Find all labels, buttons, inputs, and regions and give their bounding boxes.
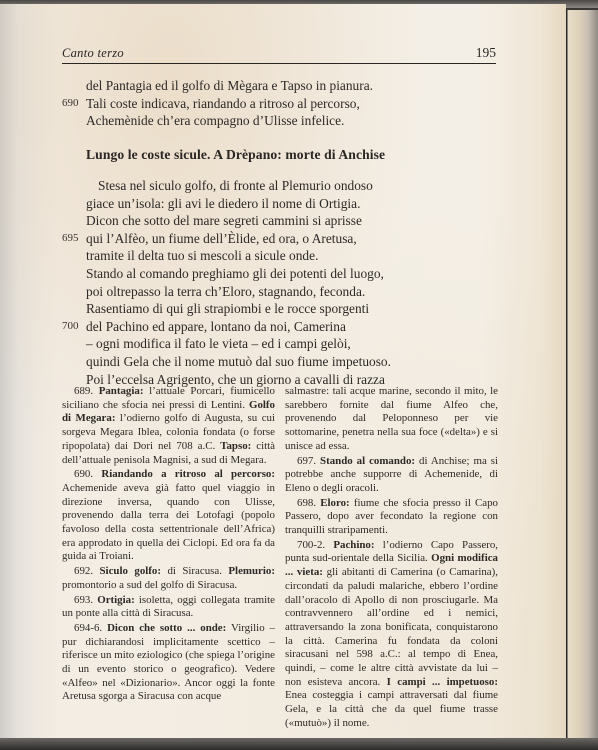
- footnote: 700-2. Pachino: l’odierno Capo Passero, …: [285, 539, 498, 731]
- footnote-lemma: I campi ... impetuoso:: [387, 676, 498, 688]
- scan-bottom-edge: [0, 738, 598, 750]
- verse-text: Stesa nel siculo golfo, di fronte al Ple…: [98, 178, 373, 193]
- verse-text: Achemènide ch’era compagno d’Ulisse infe…: [86, 113, 344, 128]
- footnote-lemma: Riandando a ritroso al percorso:: [101, 468, 275, 480]
- verse-line: 695 qui l’Alfèo, un fiume dell’Èlide, ed…: [62, 230, 502, 248]
- verse-text: del Pachino ed appare, lontano da noi, C…: [86, 319, 346, 334]
- line-number: 695: [62, 230, 79, 248]
- footnote-lemma: Ortigia:: [97, 594, 135, 606]
- footnote-lemma: Pantagia:: [99, 385, 144, 397]
- running-title: Canto terzo: [62, 46, 124, 61]
- page-fore-edge: [566, 10, 598, 738]
- verse-block-main: Stesa nel siculo golfo, di fronte al Ple…: [62, 177, 502, 388]
- verse-text: Tali coste indicava, riandando a ritroso…: [86, 96, 360, 111]
- verse-line: Achemènide ch’era compagno d’Ulisse infe…: [62, 112, 502, 130]
- footnote-text: di Siracusa.: [161, 565, 228, 577]
- footnote-lemma: Tapso:: [220, 440, 251, 452]
- footnote-ref: 692.: [74, 565, 100, 577]
- verse-text: Dicon che sotto del mare segreti cammini…: [86, 213, 362, 228]
- footnote-ref: 689.: [74, 385, 99, 397]
- footnote: 697. Stando al comando: di Anchise; ma s…: [285, 455, 498, 496]
- page-number: 195: [476, 45, 496, 61]
- line-number: 700: [62, 318, 79, 336]
- verse-text: Rasentiamo di qui gli strapiombi e le ro…: [86, 301, 369, 316]
- footnote: 689. Pantagia: l’attuale Porcari, fiumic…: [62, 385, 275, 467]
- verse-line: Stesa nel siculo golfo, di fronte al Ple…: [62, 177, 502, 195]
- verse-text: quindi Gela che il nome mutuò dal suo fi…: [86, 354, 391, 369]
- footnote-ref: 690.: [74, 468, 101, 480]
- verse-line: quindi Gela che il nome mutuò dal suo fi…: [62, 353, 502, 371]
- footnote: 693. Ortigia: isoletta, oggi collegata t…: [62, 594, 275, 621]
- footnote: 692. Siculo golfo: di Siracusa. Plemurio…: [62, 565, 275, 592]
- footnote-lemma: Pachino:: [333, 539, 374, 551]
- footnote-text: promontorio a sud del golfo di Siracusa.: [62, 579, 237, 591]
- verse-text: poi oltrepasso la terra ch’Eloro, stagna…: [86, 284, 365, 299]
- verse-line: 690 Tali coste indicava, riandando a rit…: [62, 95, 502, 113]
- footnote-lemma: Stando al comando:: [320, 455, 415, 467]
- running-head: Canto terzo 195: [62, 46, 496, 64]
- verse-line: – ogni modifica il fato le vieta – ed i …: [62, 335, 502, 353]
- footnote: 698. Eloro: fiume che sfocia presso il C…: [285, 497, 498, 538]
- footnotes-right-column: salmastre: tali acque marine, secondo il…: [285, 385, 498, 731]
- footnote-lemma: Dicon che sotto ... onde:: [107, 622, 226, 634]
- verse-line: Dicon che sotto del mare segreti cammini…: [62, 212, 502, 230]
- verse-text: Stando al comando preghiamo gli dei pote…: [86, 266, 384, 281]
- footnotes: 689. Pantagia: l’attuale Porcari, fiumic…: [62, 385, 498, 731]
- footnotes-left-column: 689. Pantagia: l’attuale Porcari, fiumic…: [62, 385, 275, 731]
- footnote: 690. Riandando a ritroso al percorso: Ac…: [62, 468, 275, 564]
- verse-text: qui l’Alfèo, un fiume dell’Èlide, ed ora…: [86, 231, 357, 246]
- verse-line: poi oltrepasso la terra ch’Eloro, stagna…: [62, 283, 502, 301]
- footnote-text: salmastre: tali acque marine, secondo il…: [285, 385, 498, 452]
- verse-line: 700 del Pachino ed appare, lontano da no…: [62, 318, 502, 336]
- verse-text: tramite il delta tuo si mescoli a sicule…: [86, 248, 318, 263]
- verse-line: Rasentiamo di qui gli strapiombi e le ro…: [62, 300, 502, 318]
- verse-line: Stando al comando preghiamo gli dei pote…: [62, 265, 502, 283]
- line-number: 690: [62, 95, 79, 113]
- footnote-text: Enea costeggia i campi attraversati dal …: [285, 689, 498, 728]
- footnote-text: Virgilio – pur dichiarandosi implicitame…: [62, 622, 275, 703]
- verse-line: tramite il delta tuo si mescoli a sicule…: [62, 247, 502, 265]
- footnote-lemma: Eloro:: [320, 497, 349, 509]
- footnote: salmastre: tali acque marine, secondo il…: [285, 385, 498, 454]
- footnote-ref: 700-2.: [297, 539, 333, 551]
- section-title: Lungo le coste sicule. A Drèpano: morte …: [86, 147, 385, 163]
- footnote-ref: 693.: [74, 594, 97, 606]
- footnote-lemma: Siculo golfo:: [100, 565, 162, 577]
- verse-text: – ogni modifica il fato le vieta – ed i …: [86, 336, 351, 351]
- footnote-lemma: Plemurio:: [228, 565, 275, 577]
- verse-block-top: del Pantagia ed il golfo di Mègara e Tap…: [62, 77, 502, 130]
- verse-line: del Pantagia ed il golfo di Mègara e Tap…: [62, 77, 502, 95]
- verse-text: del Pantagia ed il golfo di Mègara e Tap…: [86, 78, 373, 93]
- footnote-ref: 698.: [297, 497, 320, 509]
- footnote-text: gli abitanti di Camerina (o Camarina), c…: [285, 566, 498, 688]
- footnote-ref: 694-6.: [74, 622, 107, 634]
- footnote: 694-6. Dicon che sotto ... onde: Virgili…: [62, 622, 275, 704]
- footnote-ref: 697.: [297, 455, 320, 467]
- verse-text: giace un’isola: gli avi le diedero il no…: [86, 196, 360, 211]
- book-page: Canto terzo 195 del Pantagia ed il golfo…: [0, 4, 566, 740]
- verse-line: giace un’isola: gli avi le diedero il no…: [62, 195, 502, 213]
- footnote-text: Achemenide aveva già fatto quel viaggio …: [62, 482, 275, 563]
